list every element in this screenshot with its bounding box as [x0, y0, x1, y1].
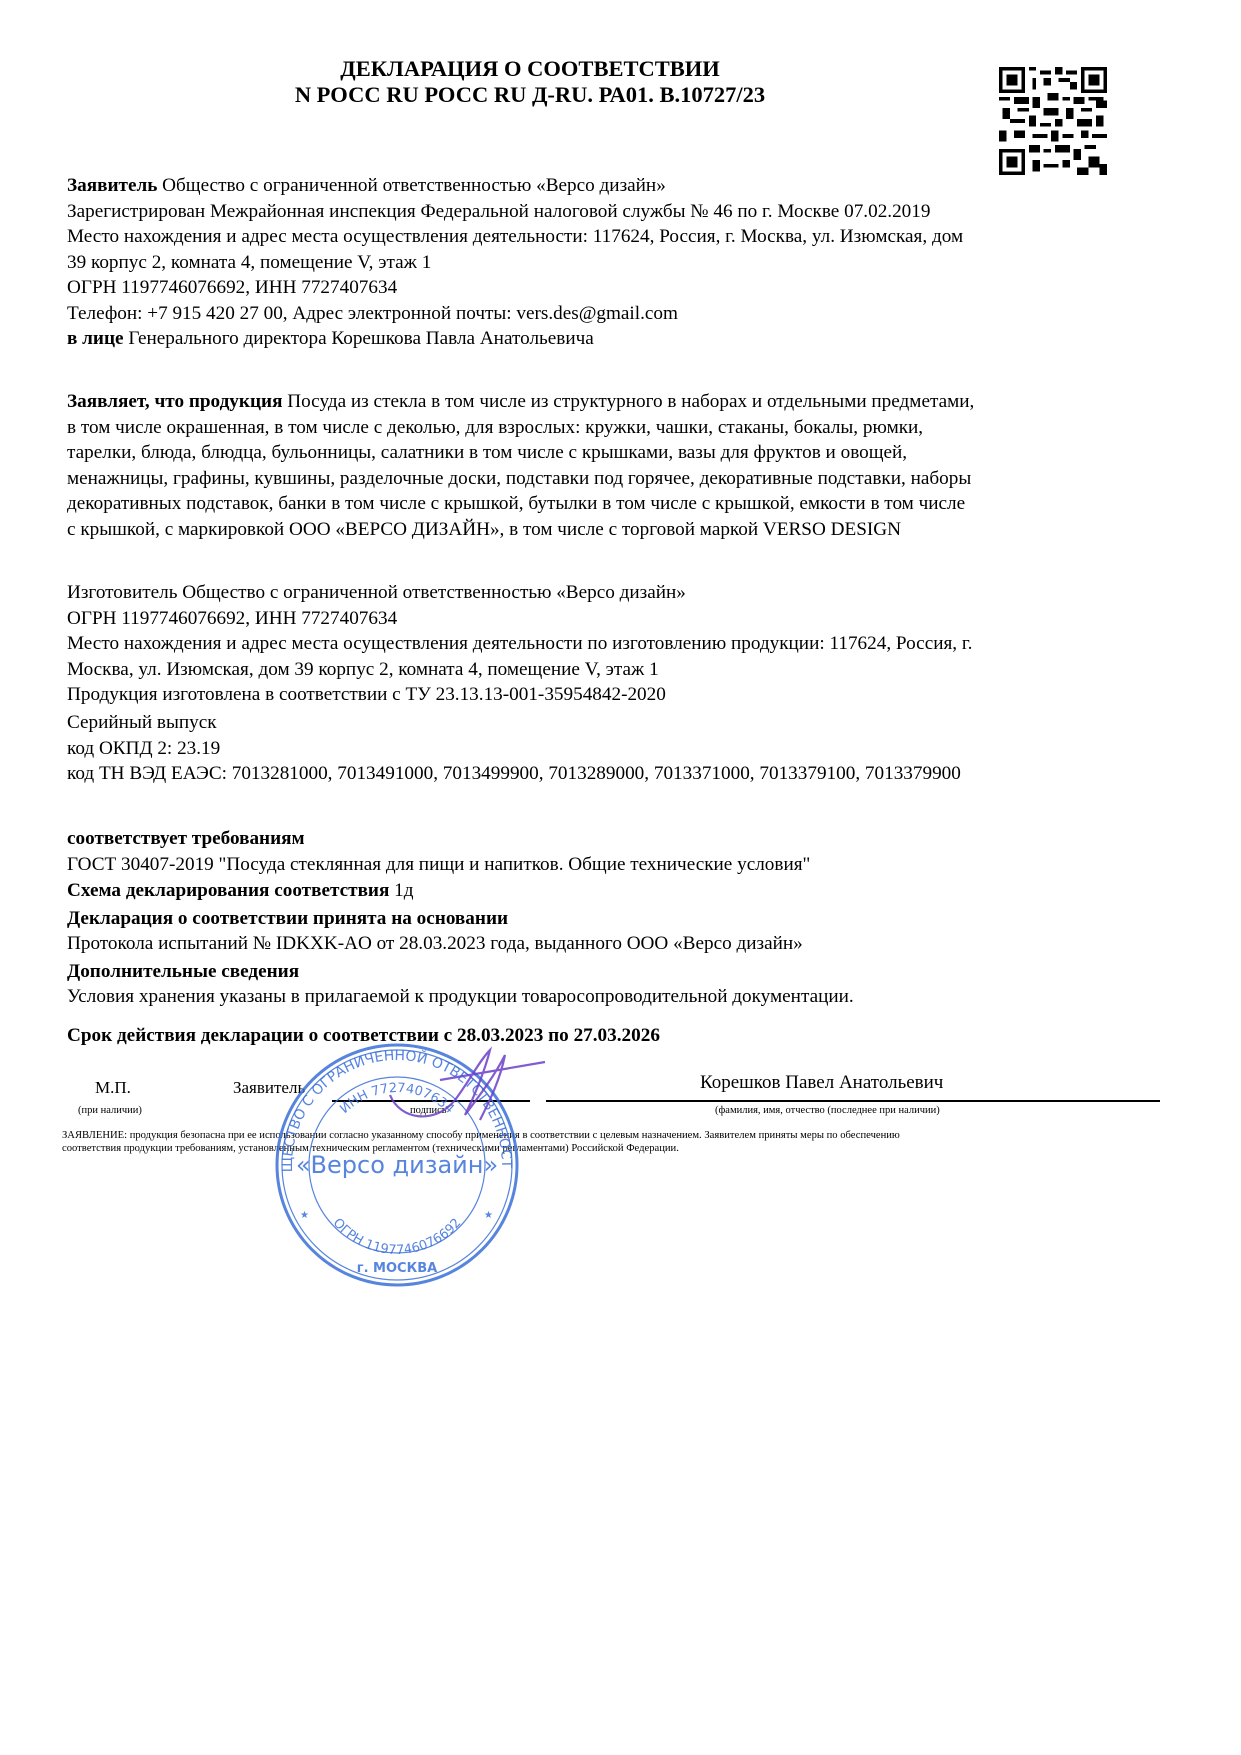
product-line: с крышкой, с маркировкой ООО «ВЕРСО ДИЗА…: [67, 517, 1167, 543]
manufacturer-address-line-2: Москва, ул. Изюмская, дом 39 корпус 2, к…: [67, 657, 1167, 683]
title-line-1: ДЕКЛАРАЦИЯ О СООТВЕТСТВИИ: [200, 56, 860, 82]
representative-value: Генерального директора Корешкова Павла А…: [124, 328, 594, 349]
manufacturer-section: Изготовитель Общество с ограниченной отв…: [67, 580, 1167, 708]
product-line: Посуда из стекла в том числе из структур…: [282, 391, 974, 412]
signature-line: [332, 1100, 530, 1102]
product-label: Заявляет, что продукция: [67, 391, 282, 412]
svg-text:★: ★: [300, 1210, 309, 1221]
signatory-full-name: Корешков Павел Анатольевич: [700, 1072, 943, 1094]
manufacturer-tu: Продукция изготовлена в соответствии с Т…: [67, 682, 1167, 708]
manufacturer-ogrn-inn: ОГРН 1197746076692, ИНН 7727407634: [67, 606, 1167, 632]
svg-text:«Версо дизайн»: «Версо дизайн»: [296, 1151, 498, 1179]
qr-code-icon: [997, 67, 1109, 175]
tnved-codes: код ТН ВЭД ЕАЭС: 7013281000, 7013491000,…: [67, 761, 1167, 787]
codes-section: Серийный выпуск код ОКПД 2: 23.19 код ТН…: [67, 710, 1167, 787]
validity-section: Срок действия декларации о соответствии …: [67, 1023, 1167, 1049]
manufacturer-name: Изготовитель Общество с ограниченной отв…: [67, 580, 1167, 606]
product-line: менажницы, графины, кувшины, разделочные…: [67, 466, 1167, 492]
seal-label: М.П.: [95, 1078, 131, 1098]
applicant-contacts: Телефон: +7 915 420 27 00, Адрес электро…: [67, 301, 1167, 327]
representative-label: в лице: [67, 328, 124, 349]
extra-info-label: Дополнительные сведения: [67, 961, 299, 982]
manufacturer-address-line-1: Место нахождения и адрес места осуществл…: [67, 631, 1167, 657]
product-line: декоративных подставок, банки в том числ…: [67, 491, 1167, 517]
name-line: [546, 1100, 1160, 1102]
svg-text:г. МОСКВА: г. МОСКВА: [357, 1261, 437, 1276]
applicant-section: Заявитель Общество с ограниченной ответс…: [67, 173, 1167, 352]
applicant-name: Общество с ограниченной ответственностью…: [157, 175, 665, 196]
signature-note: подпись: [410, 1105, 447, 1116]
serial-release: Серийный выпуск: [67, 710, 1167, 736]
statement-line-1: ЗАЯВЛЕНИЕ: продукция безопасна при ее ис…: [62, 1130, 900, 1143]
declaration-page: ДЕКЛАРАЦИЯ О СООТВЕТСТВИИ N РОСС RU РОСС…: [0, 0, 1241, 1755]
statement: ЗАЯВЛЕНИЕ: продукция безопасна при ее ис…: [62, 1130, 900, 1155]
applicant-label: Заявитель: [67, 175, 157, 196]
basis-label: Декларация о соответствии принята на осн…: [67, 908, 508, 929]
applicant-address-line-2: 39 корпус 2, комната 4, помещение V, эта…: [67, 250, 1167, 276]
okpd-code: код ОКПД 2: 23.19: [67, 736, 1167, 762]
product-line: в том числе окрашенная, в том числе с де…: [67, 415, 1167, 441]
seal-note: (при наличии): [78, 1105, 142, 1116]
applicant-ogrn-inn: ОГРН 1197746076692, ИНН 7727407634: [67, 275, 1167, 301]
statement-line-2: соответствия продукции требованиям, уста…: [62, 1143, 900, 1156]
requirements-label: соответствует требованиям: [67, 828, 305, 849]
svg-text:★: ★: [484, 1210, 493, 1221]
product-line: тарелки, блюда, блюдца, бульонницы, сала…: [67, 440, 1167, 466]
svg-text:ОГРН 1197746076692: ОГРН 1197746076692: [330, 1216, 465, 1258]
product-section: Заявляет, что продукция Посуда из стекла…: [67, 389, 1167, 542]
validity-period: Срок действия декларации о соответствии …: [67, 1025, 660, 1046]
applicant-registration: Зарегистрирован Межрайонная инспекция Фе…: [67, 199, 1167, 225]
scheme-label: Схема декларирования соответствия: [67, 880, 389, 901]
title-line-2: N РОСС RU РОСС RU Д-RU. РА01. В.10727/23: [200, 82, 860, 108]
name-note: (фамилия, имя, отчество (последнее при н…: [715, 1105, 940, 1116]
applicant-sign-label: Заявитель: [233, 1078, 305, 1098]
standard-value: ГОСТ 30407-2019 "Посуда стеклянная для п…: [67, 852, 1167, 878]
scheme-value: 1д: [389, 880, 413, 901]
basis-value: Протокола испытаний № IDKXK-AO от 28.03.…: [67, 931, 1167, 957]
extra-info-value: Условия хранения указаны в прилагаемой к…: [67, 984, 1167, 1010]
document-title: ДЕКЛАРАЦИЯ О СООТВЕТСТВИИ N РОСС RU РОСС…: [200, 56, 860, 108]
compliance-section: соответствует требованиям ГОСТ 30407-201…: [67, 826, 1167, 1010]
applicant-address-line-1: Место нахождения и адрес места осуществл…: [67, 224, 1167, 250]
